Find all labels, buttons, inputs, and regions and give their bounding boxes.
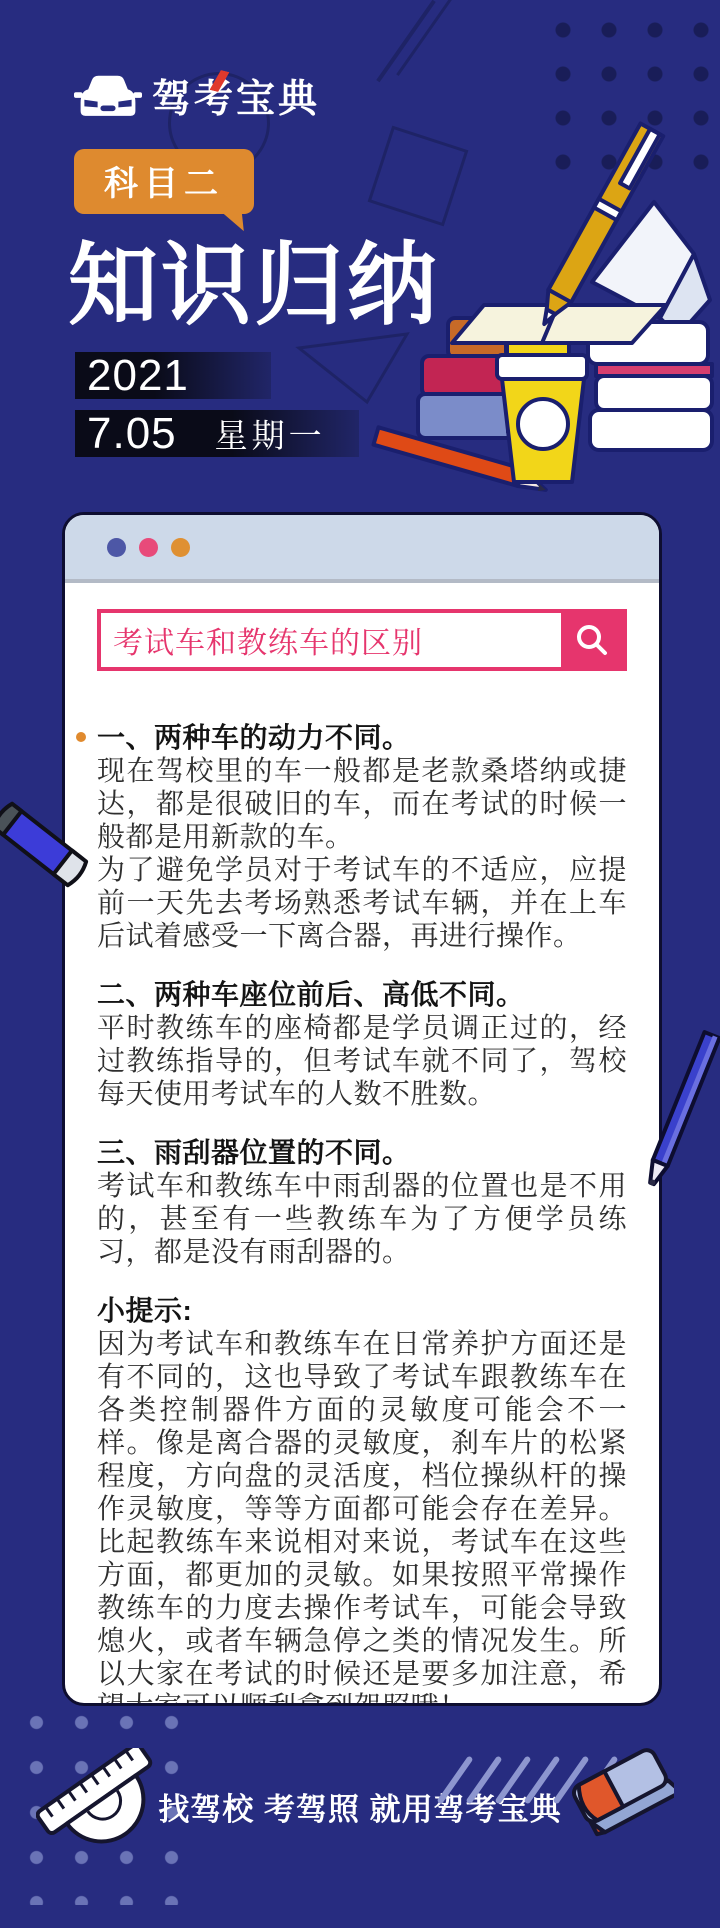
blue-pen-illustration xyxy=(630,1020,720,1192)
protractor-illustration xyxy=(36,1748,176,1868)
blue-chalk-illustration xyxy=(0,796,96,912)
pen-books-coffee-illustration xyxy=(360,86,720,498)
card-body: 考试车和教练车的区别 一、两种车的动力不同。 现在驾校里的车一般都是老款桑塔纳或… xyxy=(65,609,659,1706)
section-heading: 三、雨刮器位置的不同。 xyxy=(97,1136,627,1169)
app-name: 驾考宝典 xyxy=(152,68,320,124)
section-heading: 小提示: xyxy=(97,1294,627,1327)
window-control-dot-blue xyxy=(107,538,126,557)
section-paragraph: 因为考试车和教练车在日常养护方面还是有不同的，这也导致了考试车跟教练车在各类控制… xyxy=(97,1327,627,1706)
date-day-band: 7.05 星期一 xyxy=(75,410,359,457)
section-paragraph: 现在驾校里的车一般都是老款桑塔纳或捷达，都是很破旧的车，而在考试的时候一般都是用… xyxy=(97,754,627,853)
section-heading: 二、两种车座位前后、高低不同。 xyxy=(97,978,627,1011)
search-input[interactable]: 考试车和教练车的区别 xyxy=(101,613,561,667)
section-paragraph: 平时教练车的座椅都是学员调正过的，经过教练指导的，但考试车就不同了，驾校每天使用… xyxy=(97,1011,627,1110)
section-tip: 小提示: 因为考试车和教练车在日常养护方面还是有不同的，这也导致了考试车跟教练车… xyxy=(97,1294,627,1706)
section-3: 三、雨刮器位置的不同。 考试车和教练车中雨刮器的位置也是不用的，甚至有一些教练车… xyxy=(97,1136,627,1268)
app-logo: 驾考宝典 xyxy=(74,68,320,124)
eraser-illustration xyxy=(566,1744,674,1840)
window-control-dot-pink xyxy=(139,538,158,557)
window-titlebar xyxy=(65,515,659,583)
date-year: 2021 xyxy=(87,351,189,401)
search-icon xyxy=(574,622,610,658)
decor-diagonal-line xyxy=(376,0,435,82)
search-button[interactable] xyxy=(561,613,623,667)
car-icon xyxy=(74,71,142,121)
section-2: 二、两种车座位前后、高低不同。 平时教练车的座椅都是学员调正过的，经过教练指导的… xyxy=(97,978,627,1110)
window-control-dot-orange xyxy=(171,538,190,557)
search-bar[interactable]: 考试车和教练车的区别 xyxy=(97,609,627,671)
content-card: 考试车和教练车的区别 一、两种车的动力不同。 现在驾校里的车一般都是老款桑塔纳或… xyxy=(62,512,662,1706)
date-day: 7.05 xyxy=(87,409,177,459)
poster-root: 驾考宝典 科目二 知识归纳 2021 7.05 星期一 xyxy=(0,0,720,1928)
date-year-band: 2021 xyxy=(75,352,271,399)
section-heading: 一、两种车的动力不同。 xyxy=(97,721,627,754)
article-content: 一、两种车的动力不同。 现在驾校里的车一般都是老款桑塔纳或捷达，都是很破旧的车，… xyxy=(97,721,627,1706)
section-paragraph: 考试车和教练车中雨刮器的位置也是不用的，甚至有一些教练车为了方便学员练习，都是没… xyxy=(97,1169,627,1268)
date-weekday: 星期一 xyxy=(215,410,326,457)
section-1: 一、两种车的动力不同。 现在驾校里的车一般都是老款桑塔纳或捷达，都是很破旧的车，… xyxy=(97,721,627,952)
section-paragraph: 为了避免学员对于考试车的不适应，应提前一天先去考场熟悉考试车辆，并在上车后试着感… xyxy=(97,853,627,952)
bullet-dot-icon xyxy=(76,732,86,742)
